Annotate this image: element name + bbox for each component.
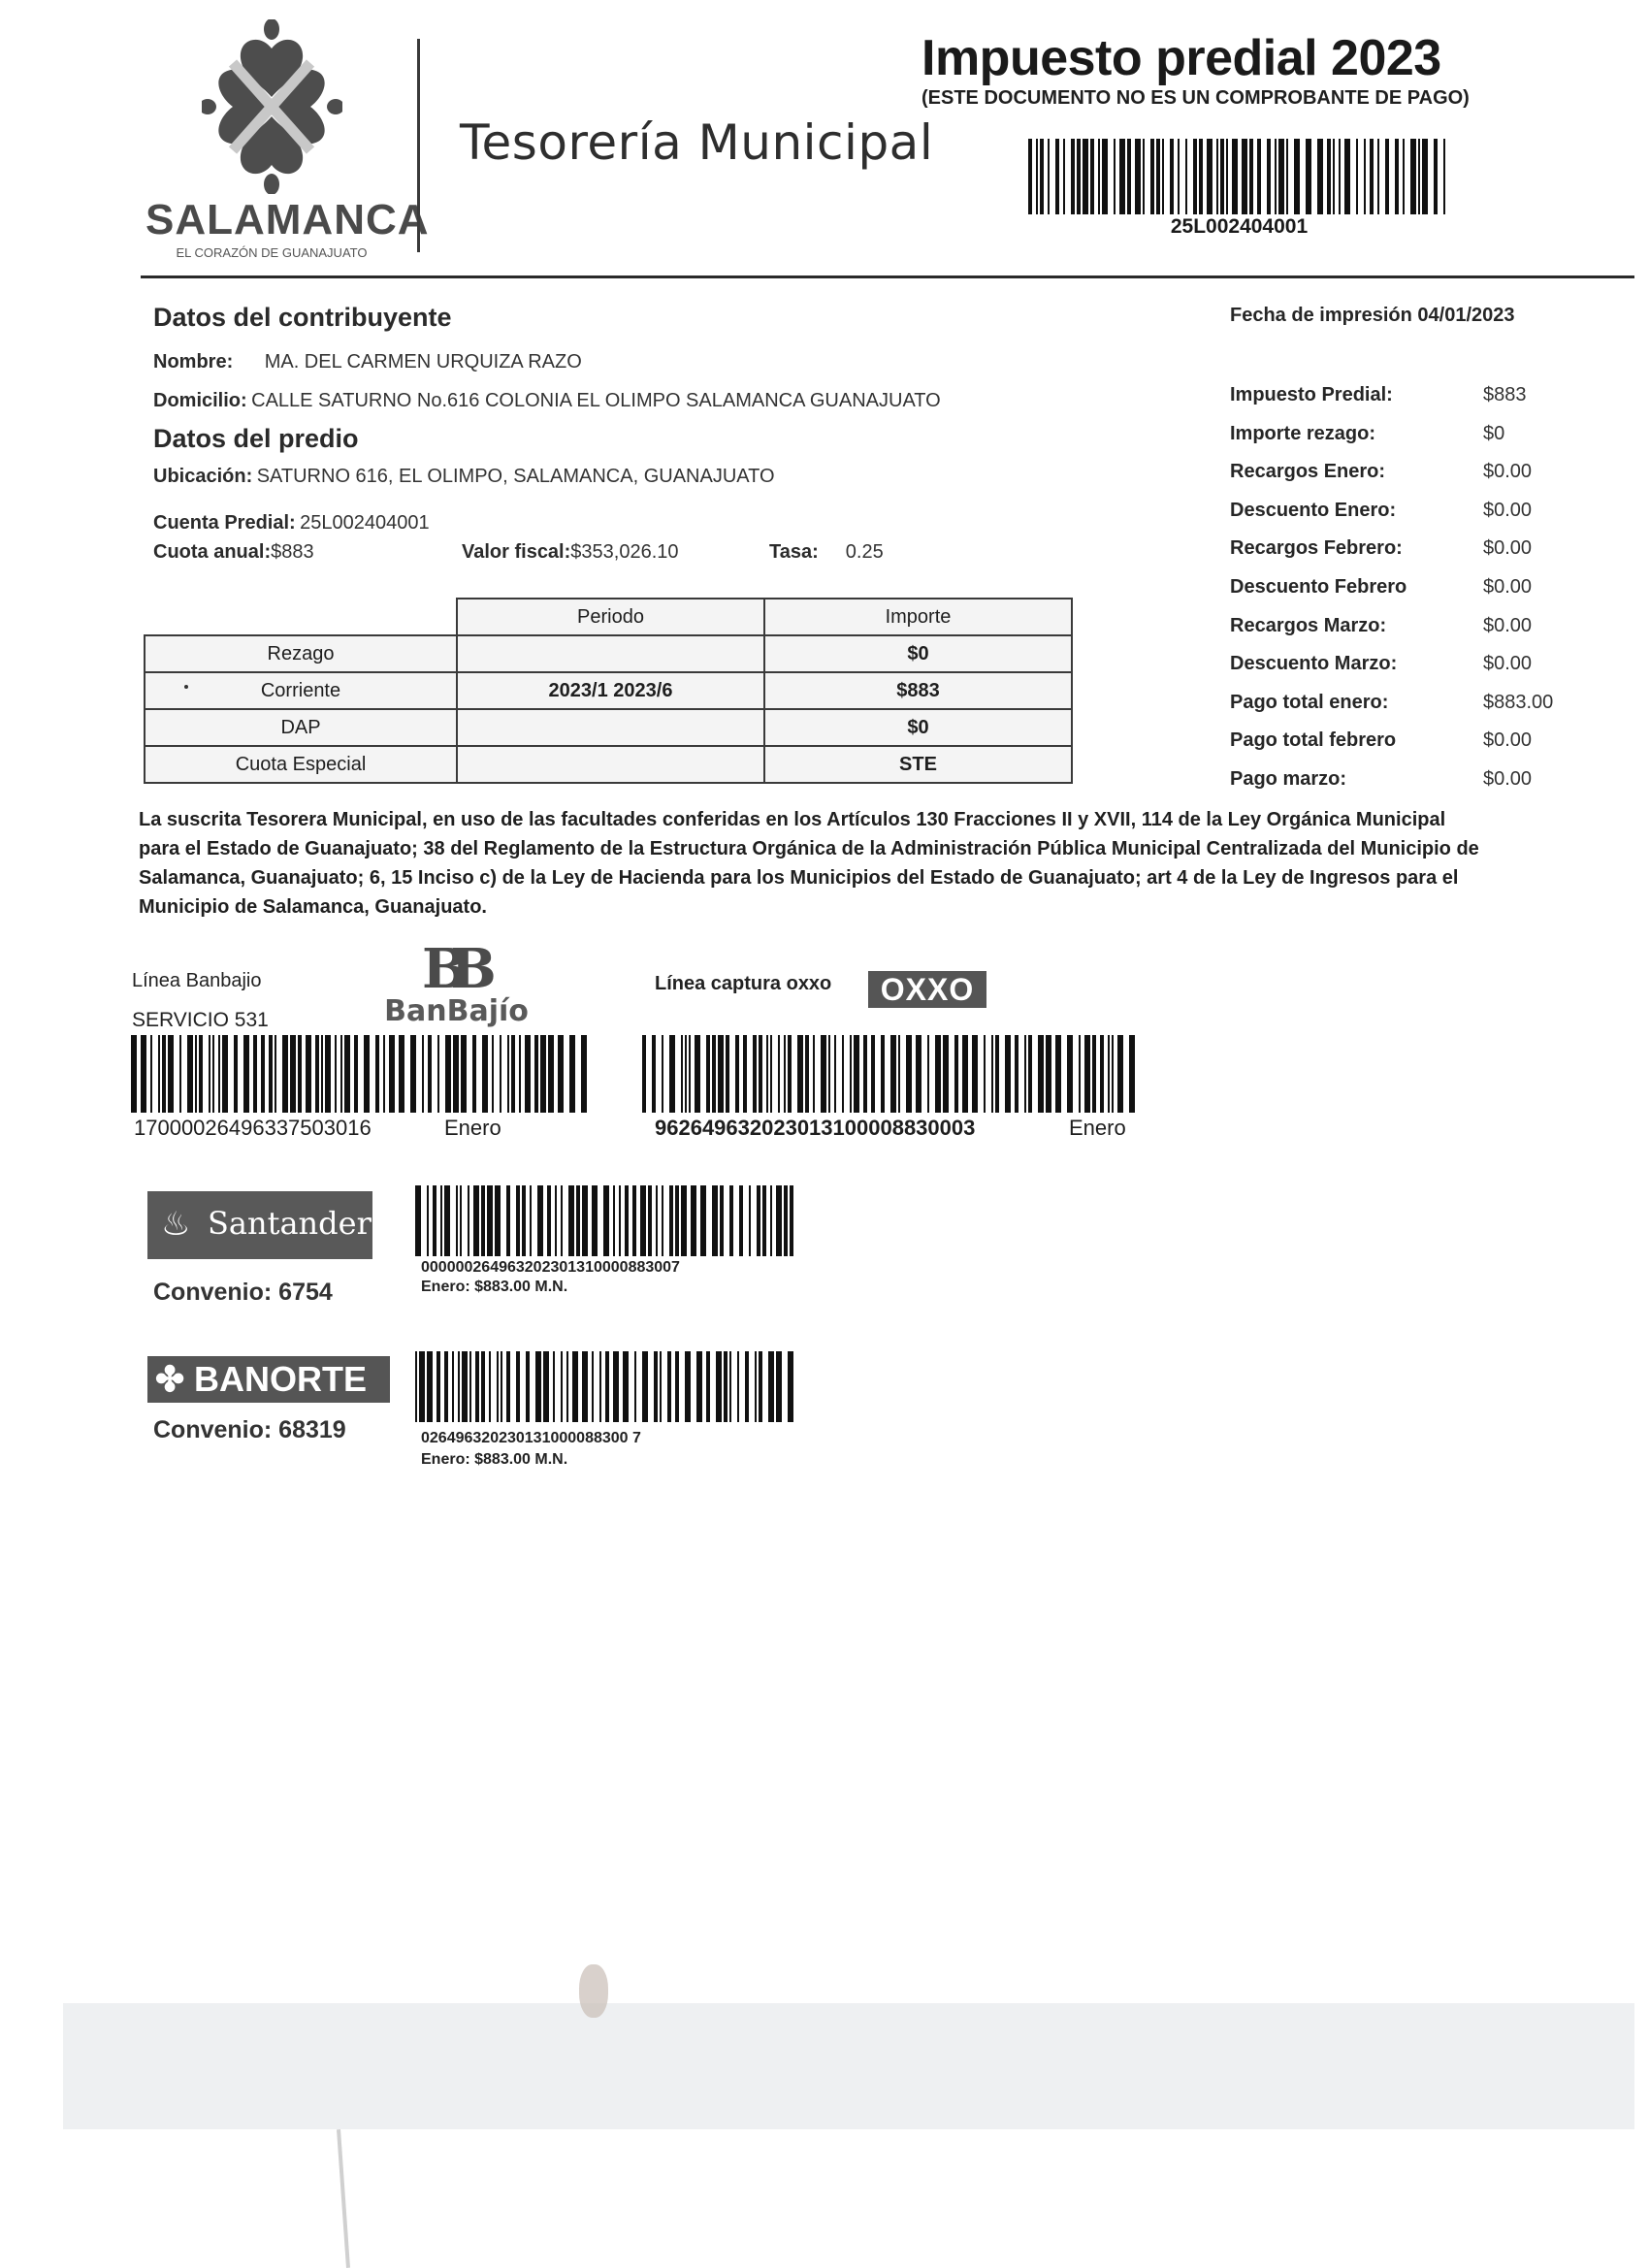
summary-label: Descuento Enero:: [1230, 500, 1396, 522]
banbajio-barcode: [131, 1035, 587, 1113]
table-header-row: Periodo Importe: [145, 599, 1072, 635]
banbajio-service: SERVICIO 531: [132, 1009, 269, 1032]
santander-logo: ♨ Santander: [147, 1191, 372, 1259]
tasa-label: Tasa:: [769, 541, 819, 563]
legal-line: para el Estado de Guanajuato; 38 del Reg…: [139, 834, 1634, 863]
oxxo-logo-text: OXXO: [868, 971, 986, 1008]
tasa-value: 0.25: [846, 541, 884, 563]
paper-crease: [337, 2129, 350, 2268]
cuota-anual-value: $883: [271, 541, 314, 563]
santander-logo-text: Santander: [208, 1205, 372, 1242]
oxxo-label: Línea captura oxxo: [655, 973, 831, 995]
summary-value: $0.00: [1483, 615, 1532, 637]
summary-value: $0.00: [1483, 653, 1532, 675]
faded-footer-band: [63, 2003, 1634, 2129]
stray-dot: [184, 685, 188, 689]
ubicacion-value: SATURNO 616, EL OLIMPO, SALAMANCA, GUANA…: [257, 466, 775, 487]
concepto-cell: Corriente: [145, 672, 457, 709]
periodo-cell: [457, 635, 764, 672]
ubicacion-label: Ubicación:: [153, 466, 252, 487]
importe-cell: STE: [764, 746, 1072, 783]
cuenta-predial-label: Cuenta Predial:: [153, 512, 296, 534]
banorte-code: 026496320230131000088300 7: [421, 1430, 641, 1447]
summary-value: $883: [1483, 384, 1527, 406]
summary-label: Impuesto Predial:: [1230, 384, 1393, 406]
summary-label: Pago total febrero: [1230, 729, 1396, 752]
cuenta-predial-value: 25L002404001: [300, 512, 429, 534]
salamanca-logo: SALAMANCA EL CORAZÓN DE GUANAJUATO: [145, 19, 398, 257]
importe-cell: $0: [764, 635, 1072, 672]
banorte-convenio: Convenio: 68319: [153, 1416, 346, 1444]
summary-label: Pago marzo:: [1230, 768, 1346, 791]
table-header-periodo: Periodo: [457, 599, 764, 635]
contribuyente-heading: Datos del contribuyente: [153, 303, 452, 333]
domicilio-label: Domicilio:: [153, 390, 247, 411]
banorte-amount: Enero: $883.00 M.N.: [421, 1451, 567, 1469]
periodo-cell: [457, 709, 764, 746]
banorte-mark-icon: ✤: [155, 1356, 184, 1403]
table-header-importe: Importe: [764, 599, 1072, 635]
valor-fiscal-value: $353,026.10: [570, 541, 678, 563]
concepto-cell: DAP: [145, 709, 457, 746]
table-row: Corriente2023/1 2023/6$883: [145, 672, 1072, 709]
department-name: Tesorería Municipal: [460, 114, 933, 171]
account-barcode-text: 25L002404001: [1028, 215, 1450, 239]
summary-value: $0.00: [1483, 500, 1532, 522]
summary-value: $0.00: [1483, 461, 1532, 483]
legal-line: La suscrita Tesorera Municipal, en uso d…: [139, 805, 1634, 834]
summary-value: $0.00: [1483, 576, 1532, 599]
summary-label: Recargos Enero:: [1230, 461, 1385, 483]
importe-cell: $883: [764, 672, 1072, 709]
cuenta-predial-row: Cuenta Predial: 25L002404001: [153, 512, 430, 535]
summary-label: Importe rezago:: [1230, 423, 1375, 445]
nombre-row: Nombre: MA. DEL CARMEN URQUIZA RAZO: [153, 351, 582, 373]
table-row: Rezago$0: [145, 635, 1072, 672]
legal-line: Municipio de Salamanca, Guanajuato.: [139, 892, 1634, 922]
banorte-logo-text: BANORTE: [194, 1356, 367, 1403]
summary-label: Recargos Marzo:: [1230, 615, 1386, 637]
cuota-anual-row: Cuota anual:$883: [153, 541, 314, 564]
santander-amount: Enero: $883.00 M.N.: [421, 1279, 567, 1296]
print-date-label: Fecha de impresión: [1230, 305, 1412, 326]
valor-fiscal-row: Valor fiscal:$353,026.10: [462, 541, 679, 564]
summary-label: Descuento Marzo:: [1230, 653, 1397, 675]
banorte-logo: ✤ BANORTE: [147, 1356, 390, 1403]
summary-value: $0.00: [1483, 768, 1532, 791]
tasa-row: Tasa:0.25: [769, 541, 884, 564]
periodo-cell: [457, 746, 764, 783]
salamanca-hearts-emblem-icon: [202, 19, 342, 194]
banbajio-logo: BB BanBajío: [381, 946, 532, 1028]
oxxo-code: 962649632023013100008830003: [655, 1116, 975, 1141]
nombre-label: Nombre:: [153, 351, 233, 373]
valor-fiscal-label: Valor fiscal:: [462, 541, 570, 563]
ubicacion-row: Ubicación: SATURNO 616, EL OLIMPO, SALAM…: [153, 466, 775, 488]
nombre-value: MA. DEL CARMEN URQUIZA RAZO: [265, 351, 582, 373]
periods-table: Periodo Importe Rezago$0Corriente2023/1 …: [144, 598, 1073, 784]
summary-label: Descuento Febrero: [1230, 576, 1406, 599]
oxxo-logo: OXXO: [868, 965, 986, 1014]
print-date: Fecha de impresión 04/01/2023: [1230, 305, 1515, 327]
banbajio-month: Enero: [444, 1116, 501, 1141]
oxxo-month: Enero: [1069, 1116, 1126, 1141]
predio-heading: Datos del predio: [153, 424, 359, 454]
importe-cell: $0: [764, 709, 1072, 746]
summary-value: $0.00: [1483, 537, 1532, 560]
summary-label: Recargos Febrero:: [1230, 537, 1403, 560]
oxxo-barcode: [642, 1035, 1137, 1113]
santander-barcode: [415, 1185, 798, 1256]
domicilio-value: CALLE SATURNO No.616 COLONIA EL OLIMPO S…: [251, 390, 941, 411]
summary-label: Pago total enero:: [1230, 692, 1388, 714]
logo-city-name: SALAMANCA: [145, 196, 398, 244]
banbajio-logo-text: BanBajío: [381, 994, 532, 1028]
summary-value: $883.00: [1483, 692, 1553, 714]
domicilio-row: Domicilio: CALLE SATURNO No.616 COLONIA …: [153, 390, 941, 412]
scan-smudge: [579, 1964, 608, 2018]
santander-code: 000000264963202301310000883007: [421, 1259, 680, 1277]
table-header-blank: [145, 599, 457, 635]
banbajio-label: Línea Banbajio: [132, 970, 261, 992]
legal-line: Salamanca, Guanajuato; 6, 15 Inciso c) d…: [139, 863, 1634, 892]
concepto-cell: Rezago: [145, 635, 457, 672]
concepto-cell: Cuota Especial: [145, 746, 457, 783]
santander-flame-icon: ♨: [161, 1205, 190, 1244]
header-divider: [417, 39, 420, 252]
legal-paragraph: La suscrita Tesorera Municipal, en uso d…: [139, 805, 1634, 926]
periodo-cell: 2023/1 2023/6: [457, 672, 764, 709]
table-row: DAP$0: [145, 709, 1072, 746]
summary-value: $0: [1483, 423, 1504, 445]
document-subtitle: (ESTE DOCUMENTO NO ES UN COMPROBANTE DE …: [921, 87, 1470, 110]
cuota-anual-label: Cuota anual:: [153, 541, 271, 563]
table-row: Cuota EspecialSTE: [145, 746, 1072, 783]
banbajio-code: 17000026496337503016: [134, 1116, 372, 1141]
santander-convenio: Convenio: 6754: [153, 1279, 333, 1307]
account-barcode: [1028, 139, 1450, 214]
summary-value: $0.00: [1483, 729, 1532, 752]
banbajio-mark-icon: BB: [422, 946, 482, 992]
logo-slogan: EL CORAZÓN DE GUANAJUATO: [145, 245, 398, 260]
print-date-value: 04/01/2023: [1417, 305, 1514, 326]
banorte-barcode: [415, 1351, 798, 1422]
document-title: Impuesto predial 2023: [921, 29, 1441, 87]
header-rule: [141, 275, 1634, 278]
